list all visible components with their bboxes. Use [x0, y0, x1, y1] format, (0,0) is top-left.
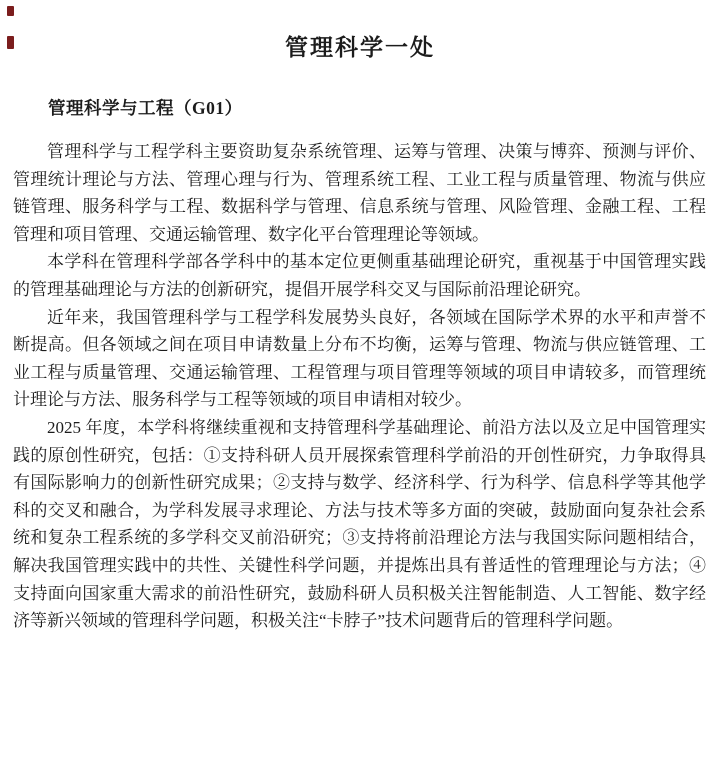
paragraph-scope: 管理科学与工程学科主要资助复杂系统管理、运筹与管理、决策与博弈、预测与评价、管理…: [13, 138, 706, 248]
section-heading: 管理科学与工程（G01）: [13, 96, 706, 120]
paragraph-trends: 近年来，我国管理科学与工程学科发展势头良好，各领域在国际学术界的水平和声誉不断提…: [13, 304, 706, 414]
paragraph-positioning: 本学科在管理科学部各学科中的基本定位更侧重基础理论研究，重视基于中国管理实践的管…: [13, 248, 706, 303]
page-title: 管理科学一处: [0, 34, 720, 62]
document-body: 管理科学与工程学科主要资助复杂系统管理、运筹与管理、决策与博弈、预测与评价、管理…: [13, 138, 706, 635]
page-edge-artifact: [7, 36, 14, 49]
page-edge-artifact: [7, 6, 14, 16]
document-page: 管理科学一处 管理科学与工程（G01） 管理科学与工程学科主要资助复杂系统管理、…: [0, 0, 720, 760]
paragraph-2025-priorities: 2025 年度，本学科将继续重视和支持管理科学基础理论、前沿方法以及立足中国管理…: [13, 414, 706, 635]
